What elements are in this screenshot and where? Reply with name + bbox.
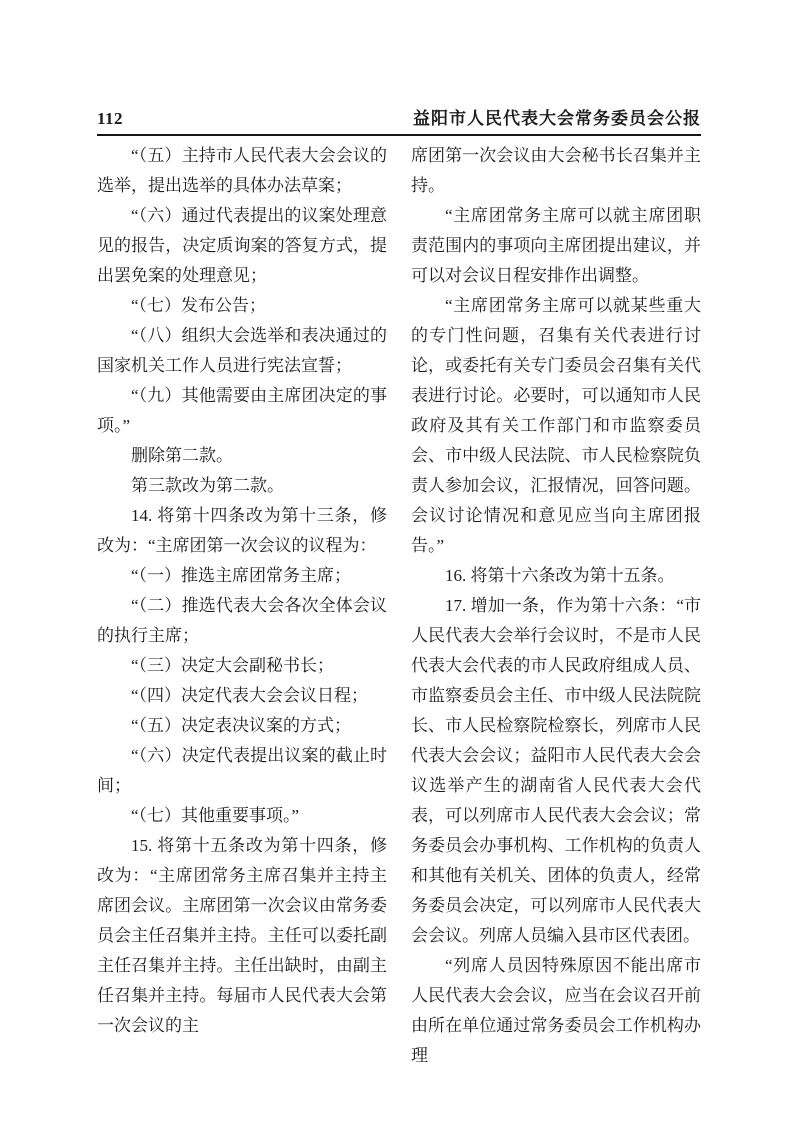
paragraph: 15. 将第十五条改为第十四条，修改为：“主席团常务主席召集并主持主席团会议。主… [97, 831, 387, 1041]
paragraph: “（六）决定代表提出议案的截止时间； [97, 741, 387, 801]
paragraph: 第三款改为第二款。 [97, 471, 387, 501]
paragraph: “（五）决定表决议案的方式； [97, 711, 387, 741]
page-header: 112 益阳市人民代表大会常务委员会公报 [97, 104, 701, 136]
paragraph: “（七）发布公告； [97, 291, 387, 321]
paragraph: “（四）决定代表大会会议日程； [97, 681, 387, 711]
paragraph: “列席人员因特殊原因不能出席市人民代表大会会议，应当在会议召开前由所在单位通过常… [411, 951, 701, 1071]
paragraph: “（九）其他需要由主席团决定的事项。” [97, 381, 387, 441]
paragraph: “（一）推选主席团常务主席； [97, 561, 387, 591]
paragraph: 14. 将第十四条改为第十三条，修改为：“主席团第一次会议的议程为： [97, 501, 387, 561]
header-title: 益阳市人民代表大会常务委员会公报 [413, 104, 701, 129]
paragraph: “（五）主持市人民代表大会会议的选举，提出选举的具体办法草案； [97, 141, 387, 201]
paragraph: “（八）组织大会选举和表决通过的国家机关工作人员进行宪法宣誓； [97, 321, 387, 381]
paragraph: “主席团常务主席可以就主席团职责范围内的事项向主席团提出建议，并可以对会议日程安… [411, 201, 701, 291]
text-column-right: 席团第一次会议由大会秘书长召集并主持。 “主席团常务主席可以就主席团职责范围内的… [411, 141, 701, 1071]
text-column-left: “（五）主持市人民代表大会会议的选举，提出选举的具体办法草案； “（六）通过代表… [97, 141, 387, 1071]
paragraph: 17. 增加一条，作为第十六条：“市人民代表大会举行会议时，不是市人民代表大会代… [411, 591, 701, 951]
paragraph: “（七）其他重要事项。” [97, 801, 387, 831]
document-page: 112 益阳市人民代表大会常务委员会公报 “（五）主持市人民代表大会会议的选举，… [0, 0, 794, 1122]
page-number: 112 [97, 109, 123, 129]
paragraph: 删除第二款。 [97, 441, 387, 471]
paragraph: “（三）决定大会副秘书长； [97, 651, 387, 681]
document-body: “（五）主持市人民代表大会会议的选举，提出选举的具体办法草案； “（六）通过代表… [97, 141, 701, 1071]
paragraph: “主席团常务主席可以就某些重大的专门性问题，召集有关代表进行讨论，或委托有关专门… [411, 291, 701, 561]
paragraph-continuation: 席团第一次会议由大会秘书长召集并主持。 [411, 141, 701, 201]
paragraph: 16. 将第十六条改为第十五条。 [411, 561, 701, 591]
paragraph: “（二）推选代表大会各次全体会议的执行主席； [97, 591, 387, 651]
paragraph: “（六）通过代表提出的议案处理意见的报告，决定质询案的答复方式，提出罢免案的处理… [97, 201, 387, 291]
